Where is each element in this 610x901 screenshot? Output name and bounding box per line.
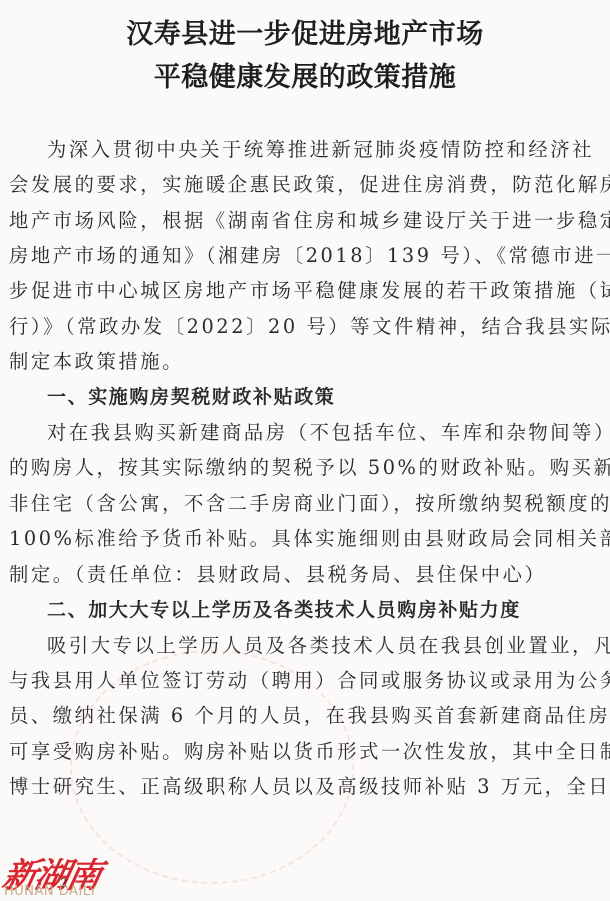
- paragraph-line: 可享受购房补贴。购房补贴以货币形式一次性发放，其中全日制: [9, 740, 601, 764]
- paragraph-line: 制定本政策措施。: [9, 350, 601, 374]
- paragraph-line: 与我县用人单位签订劳动（聘用）合同或服务协议或录用为公务: [9, 669, 601, 693]
- paragraph-line: 非住宅（含公寓，不含二手房商业门面），按所缴纳契税额度的: [9, 492, 601, 516]
- document-title-line-2: 平稳健康发展的政策措施: [0, 55, 610, 94]
- document-page: 汉寿县进一步促进房地产市场 平稳健康发展的政策措施 为深入贯彻中央关于统筹推进新…: [0, 0, 610, 901]
- paragraph-line: 会发展的要求，实施暖企惠民政策，促进住房消费，防范化解房: [9, 173, 601, 197]
- paragraph-line: 的购房人，按其实际缴纳的契税予以 50%的财政补贴。购买新建: [9, 456, 601, 480]
- paragraph-line: 为深入贯彻中央关于统筹推进新冠肺炎疫情防控和经济社: [47, 138, 601, 162]
- paragraph-line: 房地产市场的通知》（湘建房〔2018〕139 号）、《常德市进一: [9, 244, 601, 268]
- watermark-logo-english: HUNAN DAILY: [4, 884, 97, 899]
- paragraph-line: 吸引大专以上学历人员及各类技术人员在我县创业置业，凡: [47, 634, 601, 658]
- section-heading-1: 一、实施购房契税财政补贴政策: [47, 385, 601, 409]
- paragraph-line: 博士研究生、正高级职称人员以及高级技师补贴 3 万元，全日制: [9, 775, 601, 799]
- paragraph-line: 100%标准给予货币补贴。具体实施细则由县财政局会同相关部门: [9, 527, 601, 551]
- paragraph-line: 对在我县购买新建商品房（不包括车位、车库和杂物间等）: [47, 421, 601, 445]
- paragraph-line: 制定。（责任单位：县财政局、县税务局、县住保中心）: [9, 563, 601, 587]
- paragraph-line: 行）》（常政办发〔2022〕20 号）等文件精神，结合我县实际，: [9, 315, 601, 339]
- paragraph-line: 员、缴纳社保满 6 个月的人员，在我县购买首套新建商品住房时: [9, 704, 601, 728]
- paragraph-line: 地产市场风险，根据《湖南省住房和城乡建设厅关于进一步稳定: [9, 209, 601, 233]
- paragraph-line: 步促进市中心城区房地产市场平稳健康发展的若干政策措施（试: [9, 279, 601, 303]
- section-heading-2: 二、加大大专以上学历及各类技术人员购房补贴力度: [47, 598, 601, 622]
- document-title-line-1: 汉寿县进一步促进房地产市场: [0, 12, 610, 51]
